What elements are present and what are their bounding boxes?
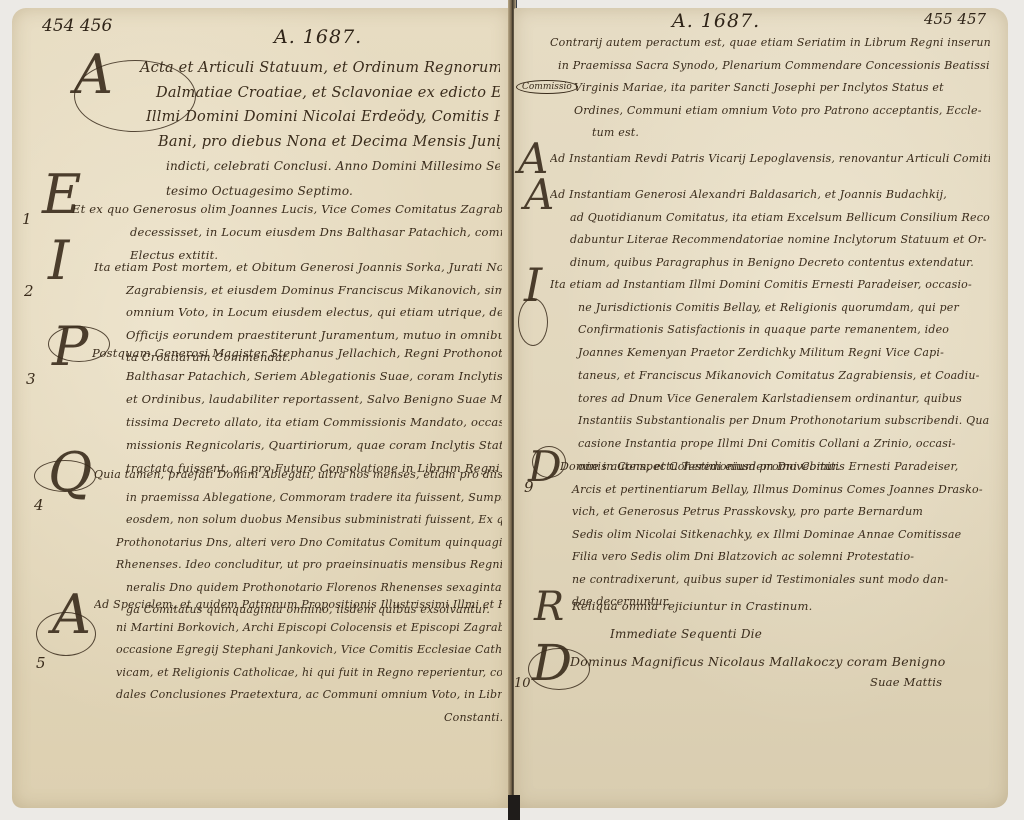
left-folio-number: 454 456 [42, 16, 112, 36]
article-line: ne Jurisdictionis Comitis Bellay, et Rel… [550, 297, 990, 320]
initial-I-icon: I [48, 234, 69, 288]
initial-flourish-I [518, 298, 548, 346]
article-line: et Ordinibus, laudabiliter reportassent,… [92, 388, 502, 411]
article-number: 3 [26, 370, 36, 388]
article-line: Ad Specialem, et quidem Patronum Proposi… [94, 594, 502, 617]
article-line: dabuntur Literae Recommendatoriae nomine… [550, 229, 990, 252]
article-line: Dominis autem, et Coheredi eiusdem Dni C… [560, 456, 990, 479]
article-number: 10 [514, 676, 531, 691]
article-line: ni Martini Borkovich, Archi Episcopi Col… [94, 617, 502, 640]
article-line: tores ad Dnum Vice Generalem Karlstadien… [550, 388, 990, 411]
text-line: Contrarij autem peractum est, quae etiam… [550, 32, 990, 55]
article-number: 2 [24, 282, 34, 300]
article-6: Ad Instantiam Revdi Patris Vicarij Lepog… [550, 148, 990, 171]
article-line: Quia tamen, praefati Domini Ablegati, ul… [94, 464, 502, 487]
article-line: missionis Regnicolaris, Quartiriorum, qu… [92, 434, 502, 457]
article-3: Postquam Generosi Magister Stephanus Jel… [92, 342, 502, 480]
article-line: dales Conclusiones Praetextura, ac Commu… [94, 684, 502, 707]
article-line: Filia vero Sedis olim Dni Blatzovich ac … [560, 546, 990, 569]
article-9: Dominis autem, et Coheredi eiusdem Dni C… [560, 456, 990, 614]
article-line: ne contradixerunt, quibus super id Testi… [560, 569, 990, 592]
article-line: Ita etiam ad Instantiam Illmi Domini Com… [550, 274, 990, 297]
article-line: Constanti. [94, 707, 502, 730]
initial-D2-icon: D [532, 636, 572, 690]
article-line: Ita etiam Post mortem, et Obitum Generos… [94, 256, 502, 279]
title-line: Acta et Articuli Statuum, et Ordinum Reg… [110, 56, 500, 81]
article-line: vich, et Generosus Petrus Prasskovsky, p… [560, 501, 990, 524]
article-line: Arcis et pertinentiarum Bellay, Illmus D… [560, 479, 990, 502]
article-line: vicam, et Religionis Catholicae, hi qui … [94, 662, 502, 685]
initial-P-icon: P [52, 320, 88, 374]
article-line: occasione Egregij Stephani Jankovich, Vi… [94, 639, 502, 662]
article-line: Ad Instantiam Generosi Alexandri Baldasa… [550, 184, 990, 207]
initial-D-icon: D [528, 440, 562, 494]
article-line: Zagrabiensis, et eiusdem Dominus Francis… [94, 279, 502, 302]
text-line: Ordines, Communi etiam omnium Voto pro P… [550, 100, 990, 123]
article-line: Balthasar Patachich, Seriem Ablegationis… [92, 365, 502, 388]
right-page: A. 1687. 455 457 Commissio Contrarij aut… [514, 8, 1008, 808]
article-5: Ad Specialem, et quidem Patronum Proposi… [94, 594, 502, 729]
text-line: Virginis Mariae, ita pariter Sancti Jose… [550, 77, 990, 100]
article-line: decessisset, in Locum eiusdem Dns Baltha… [72, 221, 502, 244]
article-10: Immediate Sequenti Die Dominus Magnificu… [610, 620, 990, 696]
article-line: dinum, quibus Paragraphus in Benigno Dec… [550, 252, 990, 275]
article-line: omnium Voto, in Locum eiusdem electus, q… [94, 301, 502, 324]
article-line: Sedis olim Nicolai Sitkenachky, ex Illmi… [560, 524, 990, 547]
article-line: Postquam Generosi Magister Stephanus Jel… [92, 342, 502, 365]
spine-bottom [508, 795, 520, 820]
article-line: taneus, et Franciscus Mikanovich Comitat… [550, 365, 990, 388]
left-page: 454 456 A. 1687. A Acta et Articuli Stat… [12, 8, 510, 808]
text-line: in Praemissa Sacra Synodo, Plenarium Com… [550, 55, 990, 78]
article-line: tissima Decreto allato, ita etiam Commis… [92, 411, 502, 434]
article-line: Reliqua omnia rejiciuntur in Crastinum. [572, 594, 992, 619]
article-7: Ad Instantiam Generosi Alexandri Baldasa… [550, 184, 990, 274]
left-year-heading: A. 1687. [274, 26, 362, 48]
article-line: Ad Instantiam Revdi Patris Vicarij Lepog… [550, 148, 990, 171]
initial-Q-icon: Q [48, 446, 92, 500]
title-line: Illmi Domini Domini Nicolai Erdeödy, Com… [110, 105, 500, 130]
right-folio-number: 455 457 [924, 10, 986, 28]
left-title-block: Acta et Articuli Statuum, et Ordinum Reg… [110, 56, 500, 203]
article-line: Joannes Kemenyan Praetor Zerdichky Milit… [550, 342, 990, 365]
initial-R-icon: R [534, 580, 564, 634]
title-line: Dalmatiae Croatiae, et Sclavoniae ex edi… [110, 81, 500, 106]
article-line: Instantiis Substantionalis per Dnum Prot… [550, 410, 990, 433]
article-line: Rhenenses. Ideo concluditur, ut pro prae… [94, 554, 502, 577]
closing-note: Reliqua omnia rejiciuntur in Crastinum. [572, 594, 992, 619]
manuscript-spread: 454 456 A. 1687. A Acta et Articuli Stat… [0, 0, 1024, 820]
article-line: casione Instantia prope Illmi Dni Comiti… [550, 433, 990, 456]
article-number: 5 [36, 654, 46, 672]
article-number: 4 [34, 496, 44, 514]
article-line: Prothonotarius Dns, alteri vero Dno Comi… [94, 532, 502, 555]
text-line: tum est. [550, 122, 990, 145]
article-line: Et ex quo Generosus olim Joannes Lucis, … [72, 198, 502, 221]
initial-A2-icon: A [52, 588, 91, 642]
right-year-heading: A. 1687. [672, 10, 760, 32]
article-line: Immediate Sequenti Die [610, 620, 990, 648]
title-line: indicti, celebrati Conclusi. Anno Domini… [110, 154, 500, 179]
article-line: eosdem, non solum duobus Mensibus submin… [94, 509, 502, 532]
right-top-block: Contrarij autem peractum est, quae etiam… [550, 32, 990, 145]
article-line: ad Quotidianum Comitatus, ita etiam Exce… [550, 207, 990, 230]
initial-A-icon: A [74, 48, 113, 102]
article-line: Confirmationis Satisfactionis in quaque … [550, 319, 990, 342]
article-8: Ita etiam ad Instantiam Illmi Domini Com… [550, 274, 990, 478]
title-line: Bani, pro diebus Nona et Decima Mensis J… [110, 130, 500, 155]
article-number: 1 [22, 210, 32, 228]
article-line: in praemissa Ablegatione, Commoram trade… [94, 487, 502, 510]
